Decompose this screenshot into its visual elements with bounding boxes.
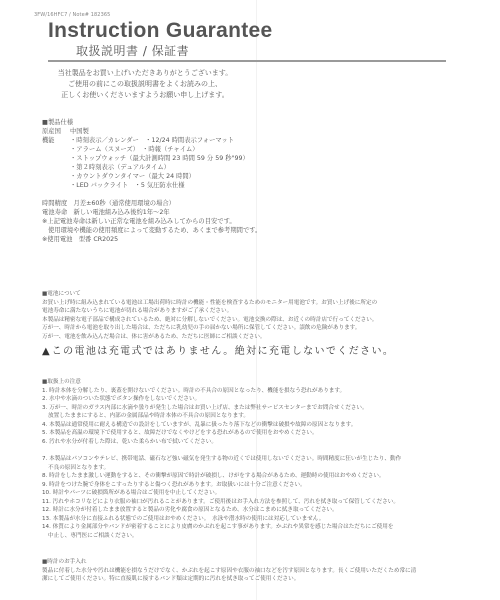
handling-heading: ■取扱上の注意	[42, 378, 401, 387]
battery-heading: ■電池について	[42, 290, 377, 299]
battery-line: 万が一、電池を飲み込んだ場合は、体に害があるため、ただちに医師にご相談ください。	[42, 333, 377, 342]
care-heading: ■時計のお手入れ	[42, 558, 416, 567]
function-item: ・ストップウォッチ（最大計測時間 23 時間 59 分 59 秒"99）	[70, 154, 249, 163]
battery-line: 本製品は精密な電子部品で構成されているため、絶対に分解しないでください。電池交換…	[42, 316, 377, 325]
handling-item: 7. 本製品はパソコンやテレビ、携帯電話、磁石など強い磁気を発生する物の近くでは…	[42, 455, 401, 464]
spec-note-cont: 使用環境や機能の使用頻度によって変動するため、あくまで参考期間です。	[42, 226, 261, 235]
handling-item: 1. 時計本体を分解したり、裏蓋を開けないでください。時計の不具合の原因となった…	[42, 387, 401, 396]
battery-line: 電池寿命に満たないうちに電池が切れる場合がありますがご了承ください。	[42, 307, 377, 316]
handling-item: 2. 水中や水滴のついた状態でボタン操作をしないでください。	[42, 395, 401, 404]
care-line: 製品に付着した水分や汚れは機能を損なうだけでなく、かぶれを起こす原因や衣服の袖口…	[42, 567, 416, 576]
spec-battery-life: 電池寿命 新しい電池組み込み後約1年～2年	[42, 208, 261, 217]
greeting-line: ご使用の前にこの取扱説明書をよくお読みの上、	[40, 79, 250, 90]
handling-item: 4. 本製品は通常使用に耐える構造での設計をしていますが、乱暴に扱ったり落下など…	[42, 421, 401, 430]
spec-battery-type: ※使用電池 型番 CR2025	[42, 235, 261, 244]
handling-item: 13. 本製品が水分に直接ふれる状態でのご使用はおやめください。 水泳や潜水時の…	[42, 515, 401, 524]
handling-item: 9. 時計をつけた腕で身体をこすったりすると傷つく恐れがあります。お取扱いには十…	[42, 481, 401, 490]
spec-origin-label: 原産国	[42, 127, 70, 136]
document-code: 3FW/16HFC7 / Note# 182365	[34, 12, 110, 18]
title-japanese: 取扱説明書 / 保証書	[76, 42, 189, 59]
function-item: ・LED バックライト ・5 気圧防水仕様	[70, 181, 249, 190]
spec-functions: 機能 ・時刻表示／カレンダー ・12/24 時間表示フォーマット ・アラーム（ス…	[42, 136, 261, 190]
spec-origin: 原産国 中国製	[42, 127, 261, 136]
handling-item: 5. 本製品を高温の環境下で使用すると、故障だけでなくやけどをする恐れがあるので…	[42, 429, 401, 438]
title-english: Instruction Guarantee	[48, 19, 273, 43]
spec-functions-list: ・時刻表示／カレンダー ・12/24 時間表示フォーマット ・アラーム（スヌーズ…	[70, 136, 249, 190]
spec-functions-label: 機能	[42, 136, 70, 190]
warning-triangle-icon: ▲	[42, 346, 50, 357]
battery-line: お買い上げ時に組み込まれている電池は工場出荷時に時計の機能・性能を検査するための…	[42, 299, 377, 308]
handling-section: ■取扱上の注意 1. 時計本体を分解したり、裏蓋を開けないでください。時計の不具…	[42, 378, 401, 540]
spec-origin-value: 中国製	[70, 127, 89, 136]
handling-item: 12. 時計に水分が付着したまま放置すると製品の劣化や腐食の原因となるため、水分…	[42, 506, 401, 515]
handling-item: 10. 時計やパーツに破損箇所がある場合はご使用を中止してください。	[42, 489, 401, 498]
greeting-block: 当社製品をお買い上げいただきありがとうございます。 ご使用の前にこの取扱説明書を…	[40, 68, 250, 101]
handling-item: 6. 汚れや水分が付着した際は、乾いた柔らかい布で拭いてください。	[42, 438, 401, 447]
specs-heading: ■製品仕様	[42, 118, 261, 127]
handling-item: 8. 時計をしたまま激しい運動をすると、その衝撃が原因で時計が破損し、けがをする…	[42, 472, 401, 481]
spec-note: ※上記電池寿命は新しい正常な電池を組み込みしてからの目安です。	[42, 217, 261, 226]
care-section: ■時計のお手入れ 製品に付着した水分や汚れは機能を損なうだけでなく、かぶれを起こ…	[42, 558, 416, 584]
handling-item: 3. 万が一、時計のガラス内部に水滴や曇りが発生した場合はお買い上げ店、または弊…	[42, 404, 401, 413]
function-item: ・カウントダウンタイマー（最大 24 時間）	[70, 172, 249, 181]
function-item: ・第２時刻表示（デュアルタイム）	[70, 163, 249, 172]
function-item: ・アラーム（スヌーズ） ・時報（チャイム）	[70, 145, 249, 154]
handling-item-cont: 不良の原因となります。	[42, 464, 401, 473]
warning-text: この電池は充電式ではありません。絶対に充電しないでください。	[52, 346, 395, 357]
battery-line: 万が一、時計から電池を取り出した場合は、ただちに乳幼児の手の届かない場所に保管し…	[42, 324, 377, 333]
handling-item-cont: 中止し、専門医にご相談ください。	[42, 532, 401, 541]
handling-item: 11. 汚れやホコリなどにより衣服の袖口が汚れることがあります。ご使用後はお手入…	[42, 498, 401, 507]
specs-section: ■製品仕様 原産国 中国製 機能 ・時刻表示／カレンダー ・12/24 時間表示…	[42, 118, 261, 244]
function-item: ・時刻表示／カレンダー ・12/24 時間表示フォーマット	[70, 136, 249, 145]
battery-warning: ▲この電池は充電式ではありません。絶対に充電しないでください。	[42, 342, 394, 357]
care-line: 潔にしてご使用ください。特に直接肌に接するバンド類は定期的に汚れを拭き取ってご使…	[42, 575, 416, 584]
title-underline	[48, 60, 446, 62]
battery-section: ■電池について お買い上げ時に組み込まれている電池は工場出荷時に時計の機能・性能…	[42, 290, 377, 342]
handling-item: 14. 体質により金属部分やバンドが密着することにより皮膚のかぶれを起こす事があ…	[42, 523, 401, 532]
spec-accuracy: 時間精度 月差±60秒（通常使用環境の場合）	[42, 199, 261, 208]
greeting-line: 当社製品をお買い上げいただきありがとうございます。	[40, 68, 250, 79]
greeting-line: 正しくお使いくださいますようお願い申し上げます。	[40, 90, 250, 101]
handling-item-cont: 放置したままにすると、内部の金属部品や時計本体の不具合の原因となります。	[42, 412, 401, 421]
